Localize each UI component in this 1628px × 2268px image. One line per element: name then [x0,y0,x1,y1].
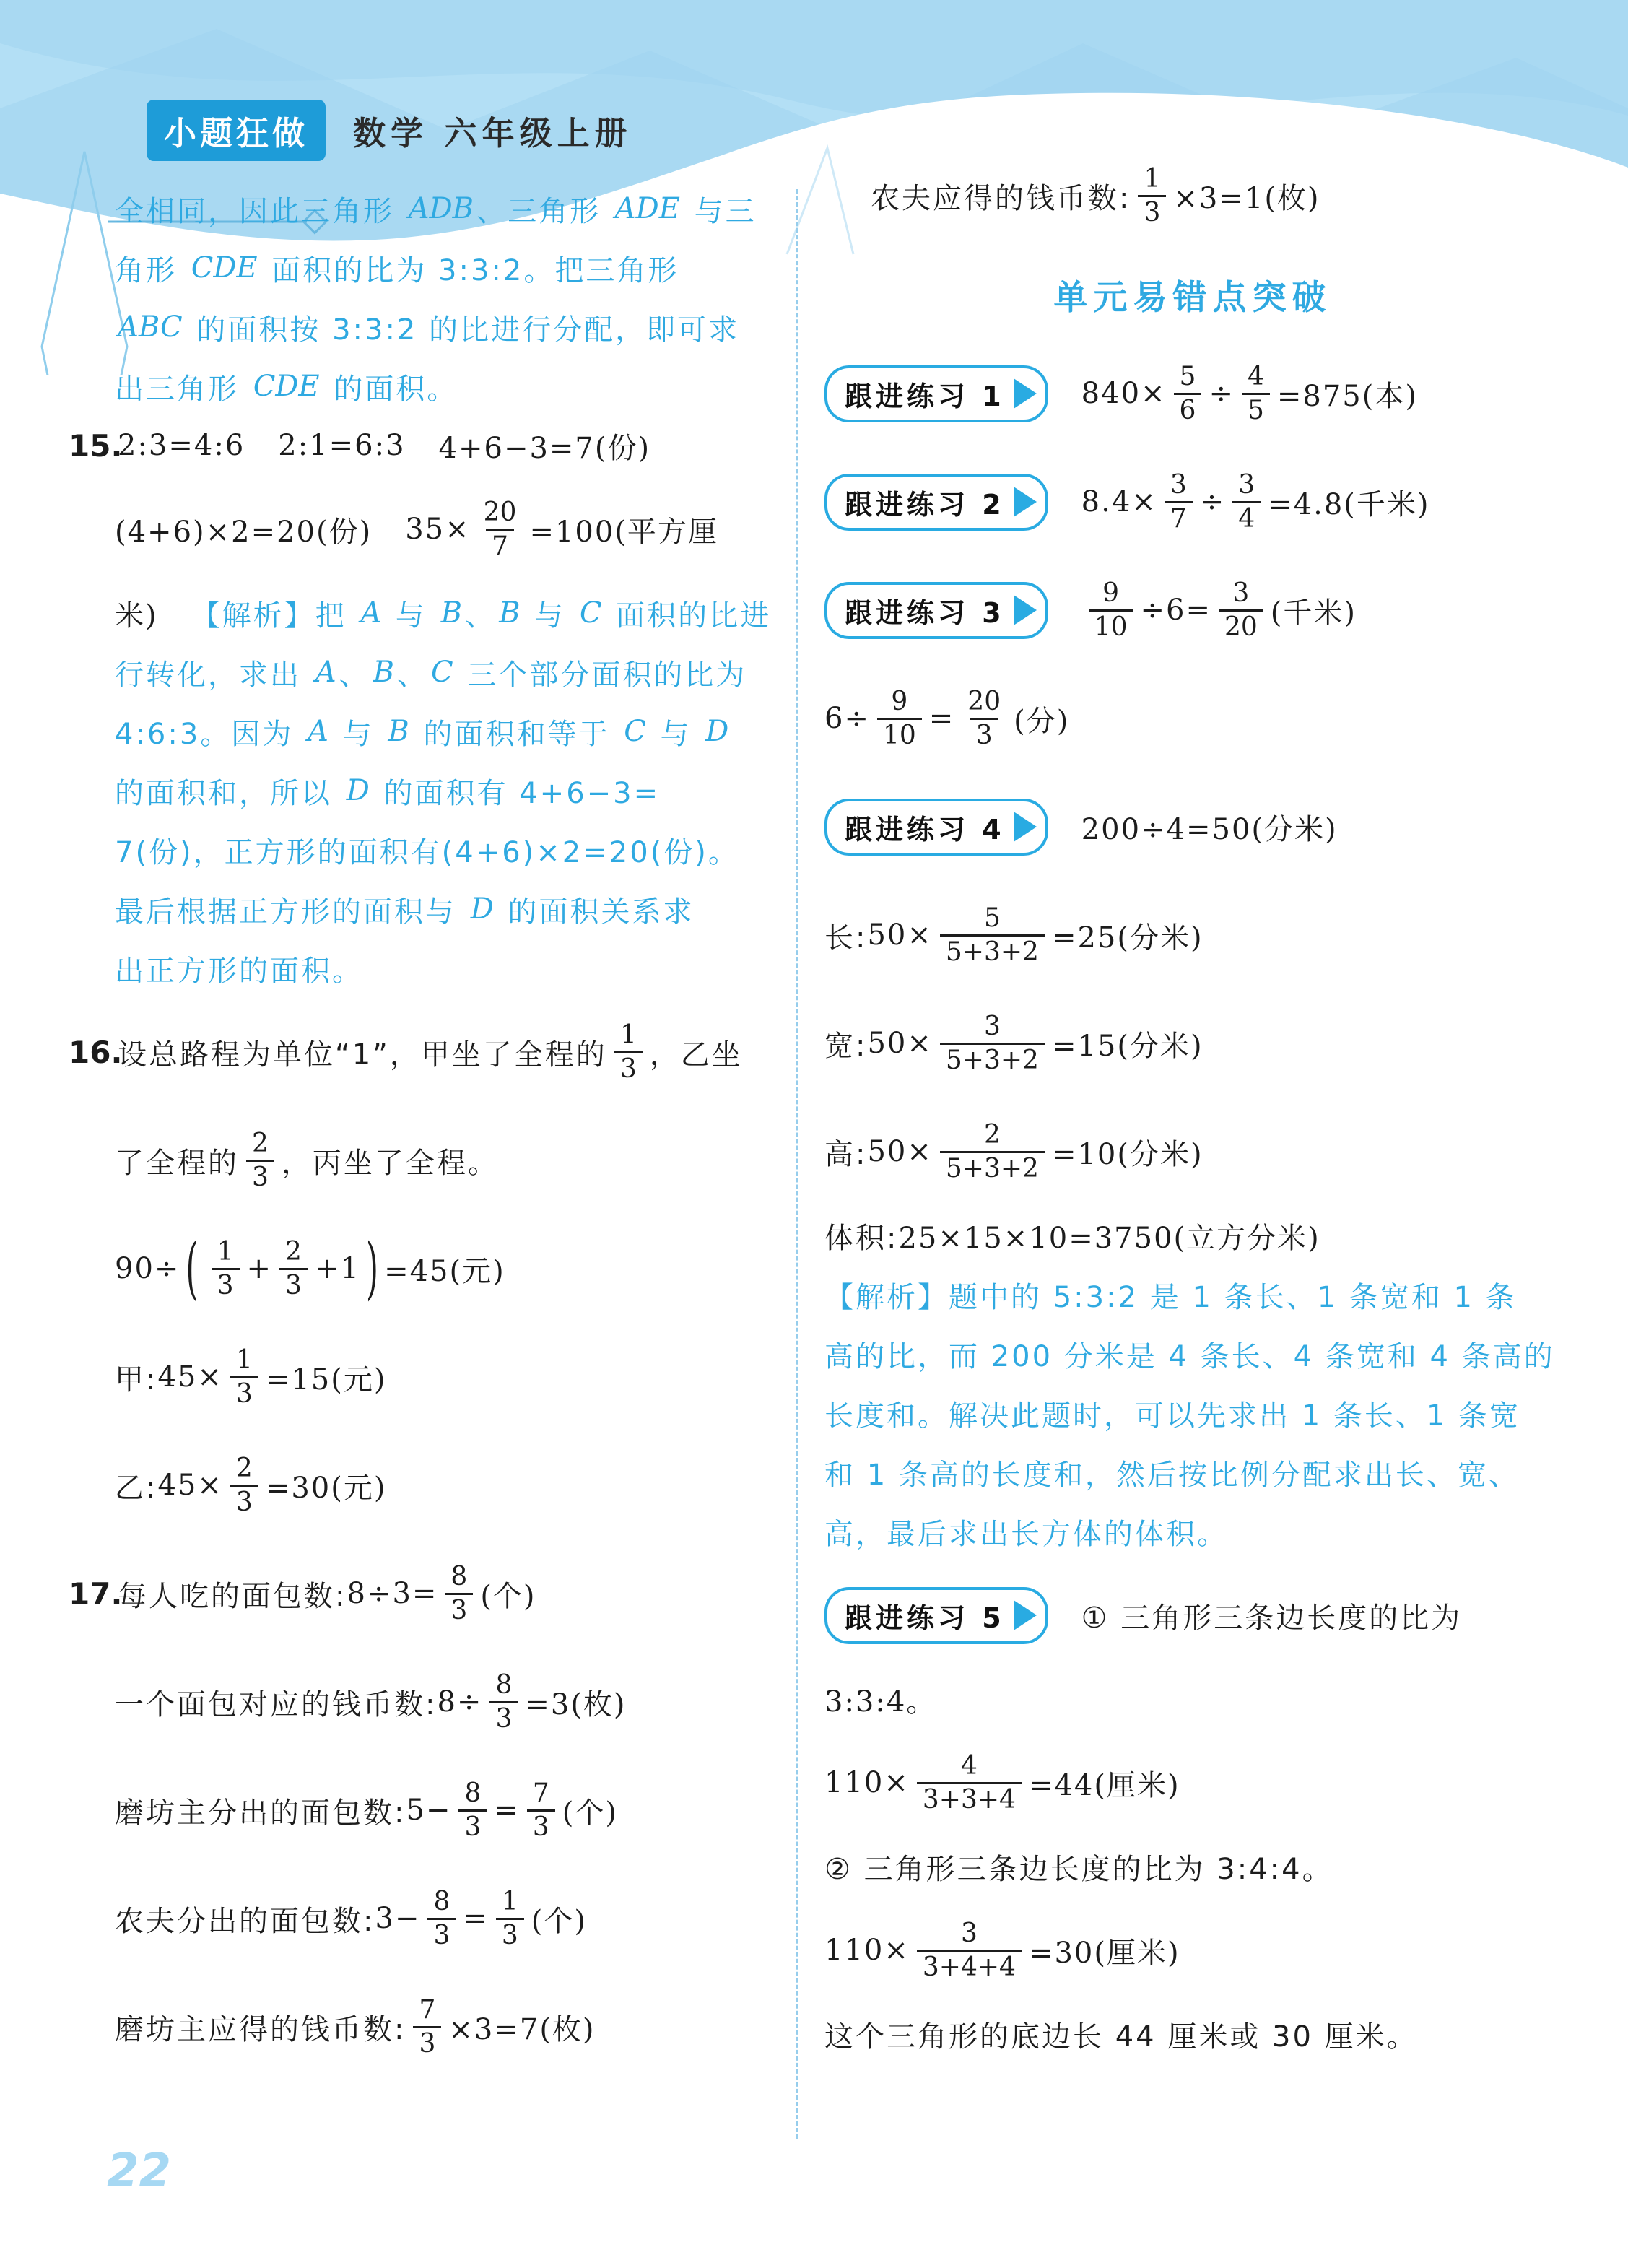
math-run: 3:3:4。 [824,1679,936,1720]
fraction: 43+3+4 [917,1750,1022,1815]
math-run: 8÷ [437,1685,482,1719]
practice-badge-label: 跟进练习 1 [845,374,1005,414]
line: 农夫分出的面包数:3−83=13(个) [69,1864,783,1973]
fraction-numerator: 3 [1165,469,1193,500]
arrow-right-icon [1014,487,1037,517]
text-run: 宽: [824,1023,867,1064]
text-run: 这个三角形的底边长 44 厘米或 30 厘米。 [824,2014,1418,2055]
text-run: 长: [824,915,867,956]
math-run: =30(元) [266,1465,387,1506]
text-run: 、 [397,652,428,693]
math-run: = [929,702,955,735]
fraction-numerator: 7 [413,1994,441,2025]
line: 7(份)，正方形的面积有(4+6)×2=20(份)。 [69,820,783,879]
text-run: ，丙坐了全程。 [282,1140,499,1181]
math-run: 8.4× [1081,485,1157,518]
line: 跟进练习 3910÷6=320(千米) [824,556,1561,664]
math-variable: B [438,596,465,630]
math-variable: D [702,715,731,748]
fraction-numerator: 2 [279,1236,308,1267]
line: 出正方形的面积。 [69,939,783,998]
fraction-numerator: 2 [246,1128,274,1159]
line: 了全程的23，丙坐了全程。 [69,1106,783,1215]
text-run: 农夫应得的钱币数: [871,175,1131,217]
big-paren: ) [366,1230,378,1307]
text-run: 每人吃的面包数: [118,1573,347,1615]
fraction-denominator: 3 [427,1918,456,1951]
line: 4:6:3。因为 A 与 B 的面积和等于 C 与 D [69,702,783,761]
text-run: 磨坊主分出的面包数: [115,1790,406,1831]
line: 的面积和，所以 D 的面积有 4+6−3= [69,761,783,820]
line: 长:50×55+3+2=25(分米) [824,881,1561,989]
math-run: (分) [1014,698,1069,739]
math-run: 110× [824,1766,910,1799]
math-variable: B [370,656,397,689]
line: 110×33+4+4=30(厘米) [824,1896,1561,2004]
text-run: 高: [824,1131,867,1173]
math-run: 35× [405,513,470,546]
text-run: 全相同，因此三角形 [115,188,406,230]
fraction-denominator: 7 [486,529,514,562]
text-run: 的面积关系求 [497,889,695,930]
fraction-numerator: 20 [962,686,1006,717]
line: 跟进练习 5① 三角形三条边长度的比为 [824,1561,1561,1669]
math-run: 2:3=4:6 [118,429,245,462]
text-run: 【解析】题中的 5:3:2 是 1 条长、1 条宽和 1 条 [824,1274,1517,1316]
fraction: 23 [279,1236,308,1300]
text-run: 面积的比为 3:3:2。把三角形 [261,248,679,289]
text-run: 高的比，而 200 分米是 4 条长、4 条宽和 4 条高的 [824,1334,1555,1375]
fraction: 45 [1242,361,1270,425]
header-brand: 小题狂做 数学 六年级上册 [147,100,632,161]
math-run: = [494,1794,520,1827]
fraction-denominator: 3 [230,1485,258,1518]
fraction-numerator: 3 [955,1918,983,1949]
fraction-denominator: 3 [246,1160,274,1193]
line: 全相同，因此三角形 ADB、三角形 ADE 与三 [69,179,783,238]
line: 高的比，而 200 分米是 4 条长、4 条宽和 4 条高的 [824,1324,1561,1383]
math-variable: CDE [188,251,261,284]
fraction: 83 [489,1669,518,1734]
line: 90÷(13+23+1)=45(元) [69,1215,783,1323]
math-run: +1 [315,1252,360,1285]
fraction-numerator: 3 [1227,578,1255,609]
line: 宽:50×35+3+2=15(分米) [824,989,1561,1098]
practice-badge: 跟进练习 3 [824,582,1048,639]
fraction-numerator: 8 [427,1886,456,1917]
fraction-numerator: 3 [978,1011,1006,1042]
practice-badge-label: 跟进练习 4 [845,807,1005,847]
line: 出三角形 CDE 的面积。 [69,357,783,416]
page-number: 22 [107,2145,171,2198]
text-run: 最后根据正方形的面积与 [115,889,468,930]
fraction: 203 [962,686,1006,750]
text-run: 了全程的 [115,1140,239,1181]
fraction: 13 [1138,163,1166,227]
text-run: 的面积有 4+6−3= [373,770,660,812]
math-run: 2:1=6:3 [278,429,405,462]
text-run: 【解析】把 [191,593,358,634]
fraction-denominator: 6 [1174,393,1202,426]
line: 这个三角形的底边长 44 厘米或 30 厘米。 [824,2004,1561,2064]
text-run: ① 三角形三条边长度的比为 [1081,1595,1463,1636]
brand-badge: 小题狂做 [147,100,326,161]
line: 长度和。解决此题时，可以先求出 1 条长、1 条宽 [824,1383,1561,1443]
text-run: 、三角形 [476,188,612,230]
practice-badge-label: 跟进练习 3 [845,591,1005,630]
text-run: 体积: [824,1215,898,1256]
fraction-numerator: 1 [614,1020,643,1051]
math-run: 840× [1081,377,1167,410]
fraction-denominator: 3+3+4 [917,1782,1022,1815]
fraction-numerator: 5 [978,903,1006,934]
text-run: 出正方形的面积。 [115,948,363,989]
line: 乙:45×23=30(元) [69,1431,783,1539]
math-run: =100(平方厘 [529,509,718,550]
math-variable: C [428,656,456,689]
math-variable: D [344,774,373,807]
math-run: 6÷ [824,702,870,735]
math-run: 米) [115,593,158,634]
text-run: 甲: [115,1357,157,1398]
practice-badge: 跟进练习 2 [824,474,1048,531]
text-run: 和 1 条高的长度和，然后按比例分配求出长、宽、 [824,1452,1520,1493]
fraction-numerator: 7 [527,1778,555,1809]
arrow-right-icon [1014,378,1037,409]
fraction: 23 [230,1453,258,1517]
fraction-denominator: 5+3+2 [940,934,1045,968]
math-run: 5− [406,1794,451,1827]
right-column: 农夫应得的钱币数:13×3=1(枚)单元易错点突破跟进练习 1840×56÷45… [824,142,1561,2064]
fraction-denominator: 10 [877,718,922,751]
left-column: 全相同，因此三角形 ADB、三角形 ADE 与三角形 CDE 面积的比为 3:3… [69,179,783,2081]
math-variable: B [385,715,412,748]
text-run: 与 [649,711,702,752]
math-run: =15(分米) [1052,1023,1203,1064]
fraction: 25+3+2 [940,1119,1045,1183]
line: 跟进练习 4200÷4=50(分米) [824,773,1561,881]
line: 和 1 条高的长度和，然后按比例分配求出长、宽、 [824,1443,1561,1502]
line: 农夫应得的钱币数:13×3=1(枚) [824,142,1561,250]
line: 15.2:3=4:62:1=6:34+6−3=7(份) [69,416,783,475]
fraction-numerator: 3 [1232,469,1261,500]
item-number: 15. [69,428,118,464]
fraction: 83 [458,1778,487,1842]
line: 6÷910=203(分) [824,664,1561,773]
line: 高，最后求出长方体的体积。 [824,1502,1561,1561]
math-run: ×3=1(枚) [1173,175,1320,217]
math-run: =44(厘米) [1029,1763,1180,1804]
math-variable: A [357,596,384,630]
fraction: 910 [877,686,922,750]
math-run: 4+6−3=7(份) [439,425,651,466]
section-heading: 单元易错点突破 [1054,271,1332,319]
fraction-numerator: 1 [212,1236,240,1267]
text-run: 的面积和，所以 [115,770,344,812]
math-run: 3− [375,1902,420,1935]
fraction-denominator: 3 [445,1593,473,1626]
fraction-numerator: 1 [496,1886,524,1917]
fraction: 207 [478,497,523,561]
math-variable: B [496,596,523,630]
column-divider [796,189,798,2139]
fraction: 13 [212,1236,240,1300]
fraction-numerator: 8 [458,1778,487,1809]
line: 角形 CDE 面积的比为 3:3:2。把三角形 [69,238,783,297]
fraction-denominator: 5 [1242,393,1270,426]
math-run: ÷6= [1140,594,1211,627]
math-run: (千米) [1271,590,1357,631]
math-run: =45(元) [384,1248,505,1290]
math-variable: CDE [251,370,323,403]
math-variable: ADE [612,192,683,225]
line: 3:3:4。 [824,1669,1561,1729]
item-number: 16. [69,1035,118,1070]
line: 高:50×25+3+2=10(分米) [824,1098,1561,1206]
item-number: 17. [69,1576,118,1612]
math-run: 45× [157,1360,222,1394]
fraction-denominator: 3 [527,1809,555,1843]
fraction: 83 [427,1886,456,1950]
line: 跟进练习 1840×56÷45=875(本) [824,339,1561,448]
line: 米)【解析】把 A 与 B、B 与 C 面积的比进 [69,583,783,643]
math-run: 45× [157,1469,222,1502]
fraction-denominator: 7 [1165,501,1193,534]
fraction-numerator: 4 [955,1750,983,1781]
line: (4+6)×2=20(份)35×207=100(平方厘 [69,475,783,583]
math-run: 50× [867,1135,932,1168]
fraction: 37 [1165,469,1193,534]
math-variable: A [313,656,339,689]
math-run: ÷ [1200,485,1226,518]
text-run: 农夫分出的面包数: [115,1898,375,1939]
math-run: =15(元) [266,1357,387,1398]
fraction-denominator: 3 [230,1376,258,1409]
math-run: 25×15×10=3750(立方分米) [898,1215,1320,1256]
text-run: 出三角形 [115,366,251,407]
text-run: 与 [331,711,385,752]
math-run: =10(分米) [1052,1131,1203,1173]
text-run: 行转化，求出 [115,652,313,693]
fraction-denominator: 5+3+2 [940,1043,1045,1076]
fraction: 23 [246,1128,274,1192]
fraction-numerator: 1 [1138,163,1166,194]
fraction-denominator: 4 [1232,501,1261,534]
fraction: 34 [1232,469,1261,534]
fraction-denominator: 3 [1138,195,1166,228]
text-run: 的面积按 3:3:2 的比进行分配，即可求 [186,307,739,348]
practice-badge: 跟进练习 5 [824,1587,1048,1644]
text-run: 、 [339,652,370,693]
text-run: 设总路程为单位“1”，甲坐了全程的 [118,1032,607,1073]
fraction-numerator: 9 [885,686,913,717]
arrow-right-icon [1014,1600,1037,1630]
line: 甲:45×13=15(元) [69,1323,783,1431]
fraction: 55+3+2 [940,903,1045,967]
text-run: ② 三角形三条边长度的比为 3:4:4。 [824,1846,1333,1887]
fraction: 35+3+2 [940,1011,1045,1075]
line: 110×43+3+4=44(厘米) [824,1729,1561,1837]
line: 单元易错点突破 [824,250,1561,339]
math-run: =3(枚) [525,1682,626,1723]
text-run: 与 [384,593,438,634]
line: 17.每人吃的面包数:8÷3=83(个) [69,1539,783,1648]
math-run: ×3=7(枚) [448,2007,595,2048]
math-run: + [247,1252,273,1285]
fraction: 320 [1219,578,1263,642]
workbook-page: 小题狂做 数学 六年级上册 全相同，因此三角形 ADB、三角形 ADE 与三角形… [0,0,1628,2268]
math-run: ÷ [1209,377,1235,410]
line: 16.设总路程为单位“1”，甲坐了全程的13，乙坐 [69,998,783,1106]
fraction-denominator: 3 [413,2026,441,2059]
text-run: 磨坊主应得的钱币数: [115,2007,406,2048]
fraction-denominator: 10 [1089,609,1133,643]
fraction: 13 [230,1344,258,1409]
math-run: (4+6)×2=20(份) [115,509,372,550]
text-run: 一个面包对应的钱币数: [115,1682,437,1723]
arrow-right-icon [1014,812,1037,842]
fraction-denominator: 3 [279,1268,308,1301]
math-run: =4.8(千米) [1268,482,1429,523]
math-variable: D [468,892,497,926]
fraction-numerator: 1 [230,1344,258,1376]
line: 行转化，求出 A、B、C 三个部分面积的比为 [69,643,783,702]
line: 体积:25×15×10=3750(立方分米) [824,1206,1561,1265]
fraction-denominator: 3 [212,1268,240,1301]
text-run: 4:6:3。因为 [115,711,305,752]
line: 磨坊主分出的面包数:5−83=73(个) [69,1756,783,1864]
line: 跟进练习 28.4×37÷34=4.8(千米) [824,448,1561,556]
fraction-denominator: 20 [1219,609,1263,643]
fraction-denominator: 5+3+2 [940,1151,1045,1184]
page-title: 数学 六年级上册 [353,107,632,154]
text-run: 面积的比进 [605,593,772,634]
line: 【解析】题中的 5:3:2 是 1 条长、1 条宽和 1 条 [824,1265,1561,1324]
text-run: 7(份)，正方形的面积有(4+6)×2=20(份)。 [115,830,739,871]
fraction-denominator: 3 [970,718,998,751]
line: 磨坊主应得的钱币数:73×3=7(枚) [69,1973,783,2081]
math-run: = [463,1902,489,1935]
fraction-denominator: 3 [458,1809,487,1843]
practice-badge: 跟进练习 1 [824,365,1048,422]
text-run: 与 [523,593,576,634]
fraction-denominator: 3+4+4 [917,1950,1022,1983]
fraction: 13 [614,1020,643,1084]
big-paren: ( [186,1230,198,1307]
math-variable: A [305,715,331,748]
math-run: =30(厘米) [1029,1930,1180,1971]
line: 最后根据正方形的面积与 D 的面积关系求 [69,879,783,939]
fraction-numerator: 8 [445,1561,473,1592]
math-run: 8÷3= [347,1577,438,1610]
fraction-numerator: 2 [230,1453,258,1484]
math-run: 90÷ [115,1252,180,1285]
text-run: 高，最后求出长方体的体积。 [824,1511,1228,1552]
math-run: (个) [562,1790,618,1831]
math-run: (个) [480,1573,536,1615]
fraction-numerator: 8 [489,1669,518,1700]
arrow-right-icon [1014,595,1037,625]
fraction-denominator: 3 [489,1701,518,1734]
fraction-numerator: 5 [1174,361,1202,392]
text-run: ，乙坐 [650,1032,743,1073]
math-variable: C [577,596,605,630]
math-variable: ADB [406,192,476,225]
fraction: 56 [1174,361,1202,425]
fraction: 33+4+4 [917,1918,1022,1982]
fraction: 73 [413,1994,441,2059]
practice-badge: 跟进练习 4 [824,799,1048,856]
math-run: (个) [531,1898,587,1939]
fraction-denominator: 3 [496,1918,524,1951]
fraction-denominator: 3 [614,1051,643,1085]
math-run: 110× [824,1934,910,1967]
math-variable: C [621,715,649,748]
math-run: 200÷4=50(分米) [1081,807,1338,848]
fraction: 13 [496,1886,524,1950]
text-run: 的面积和等于 [412,711,621,752]
text-run: 、 [465,593,496,634]
text-run: 三个部分面积的比为 [456,652,747,693]
line: ABC 的面积按 3:3:2 的比进行分配，即可求 [69,297,783,357]
fraction: 83 [445,1561,473,1625]
fraction: 73 [527,1778,555,1842]
text-run: 与三 [683,188,757,230]
fraction-numerator: 4 [1242,361,1270,392]
math-run: 50× [867,1027,932,1060]
math-run: =25(分米) [1052,915,1203,956]
practice-badge-label: 跟进练习 2 [845,482,1005,522]
text-run: 角形 [115,248,188,289]
line: 一个面包对应的钱币数:8÷83=3(枚) [69,1648,783,1756]
line: ② 三角形三条边长度的比为 3:4:4。 [824,1837,1561,1896]
practice-badge-label: 跟进练习 5 [845,1596,1005,1635]
math-run: =875(本) [1277,373,1418,414]
text-run: 的面积。 [323,366,458,407]
math-variable: ABC [115,310,186,344]
math-run: 50× [867,918,932,952]
fraction: 910 [1089,578,1133,642]
fraction-numerator: 2 [978,1119,1006,1150]
fraction-numerator: 20 [478,497,523,528]
text-run: 长度和。解决此题时，可以先求出 1 条长、1 条宽 [824,1393,1520,1434]
fraction-numerator: 9 [1097,578,1125,609]
text-run: 乙: [115,1465,157,1506]
